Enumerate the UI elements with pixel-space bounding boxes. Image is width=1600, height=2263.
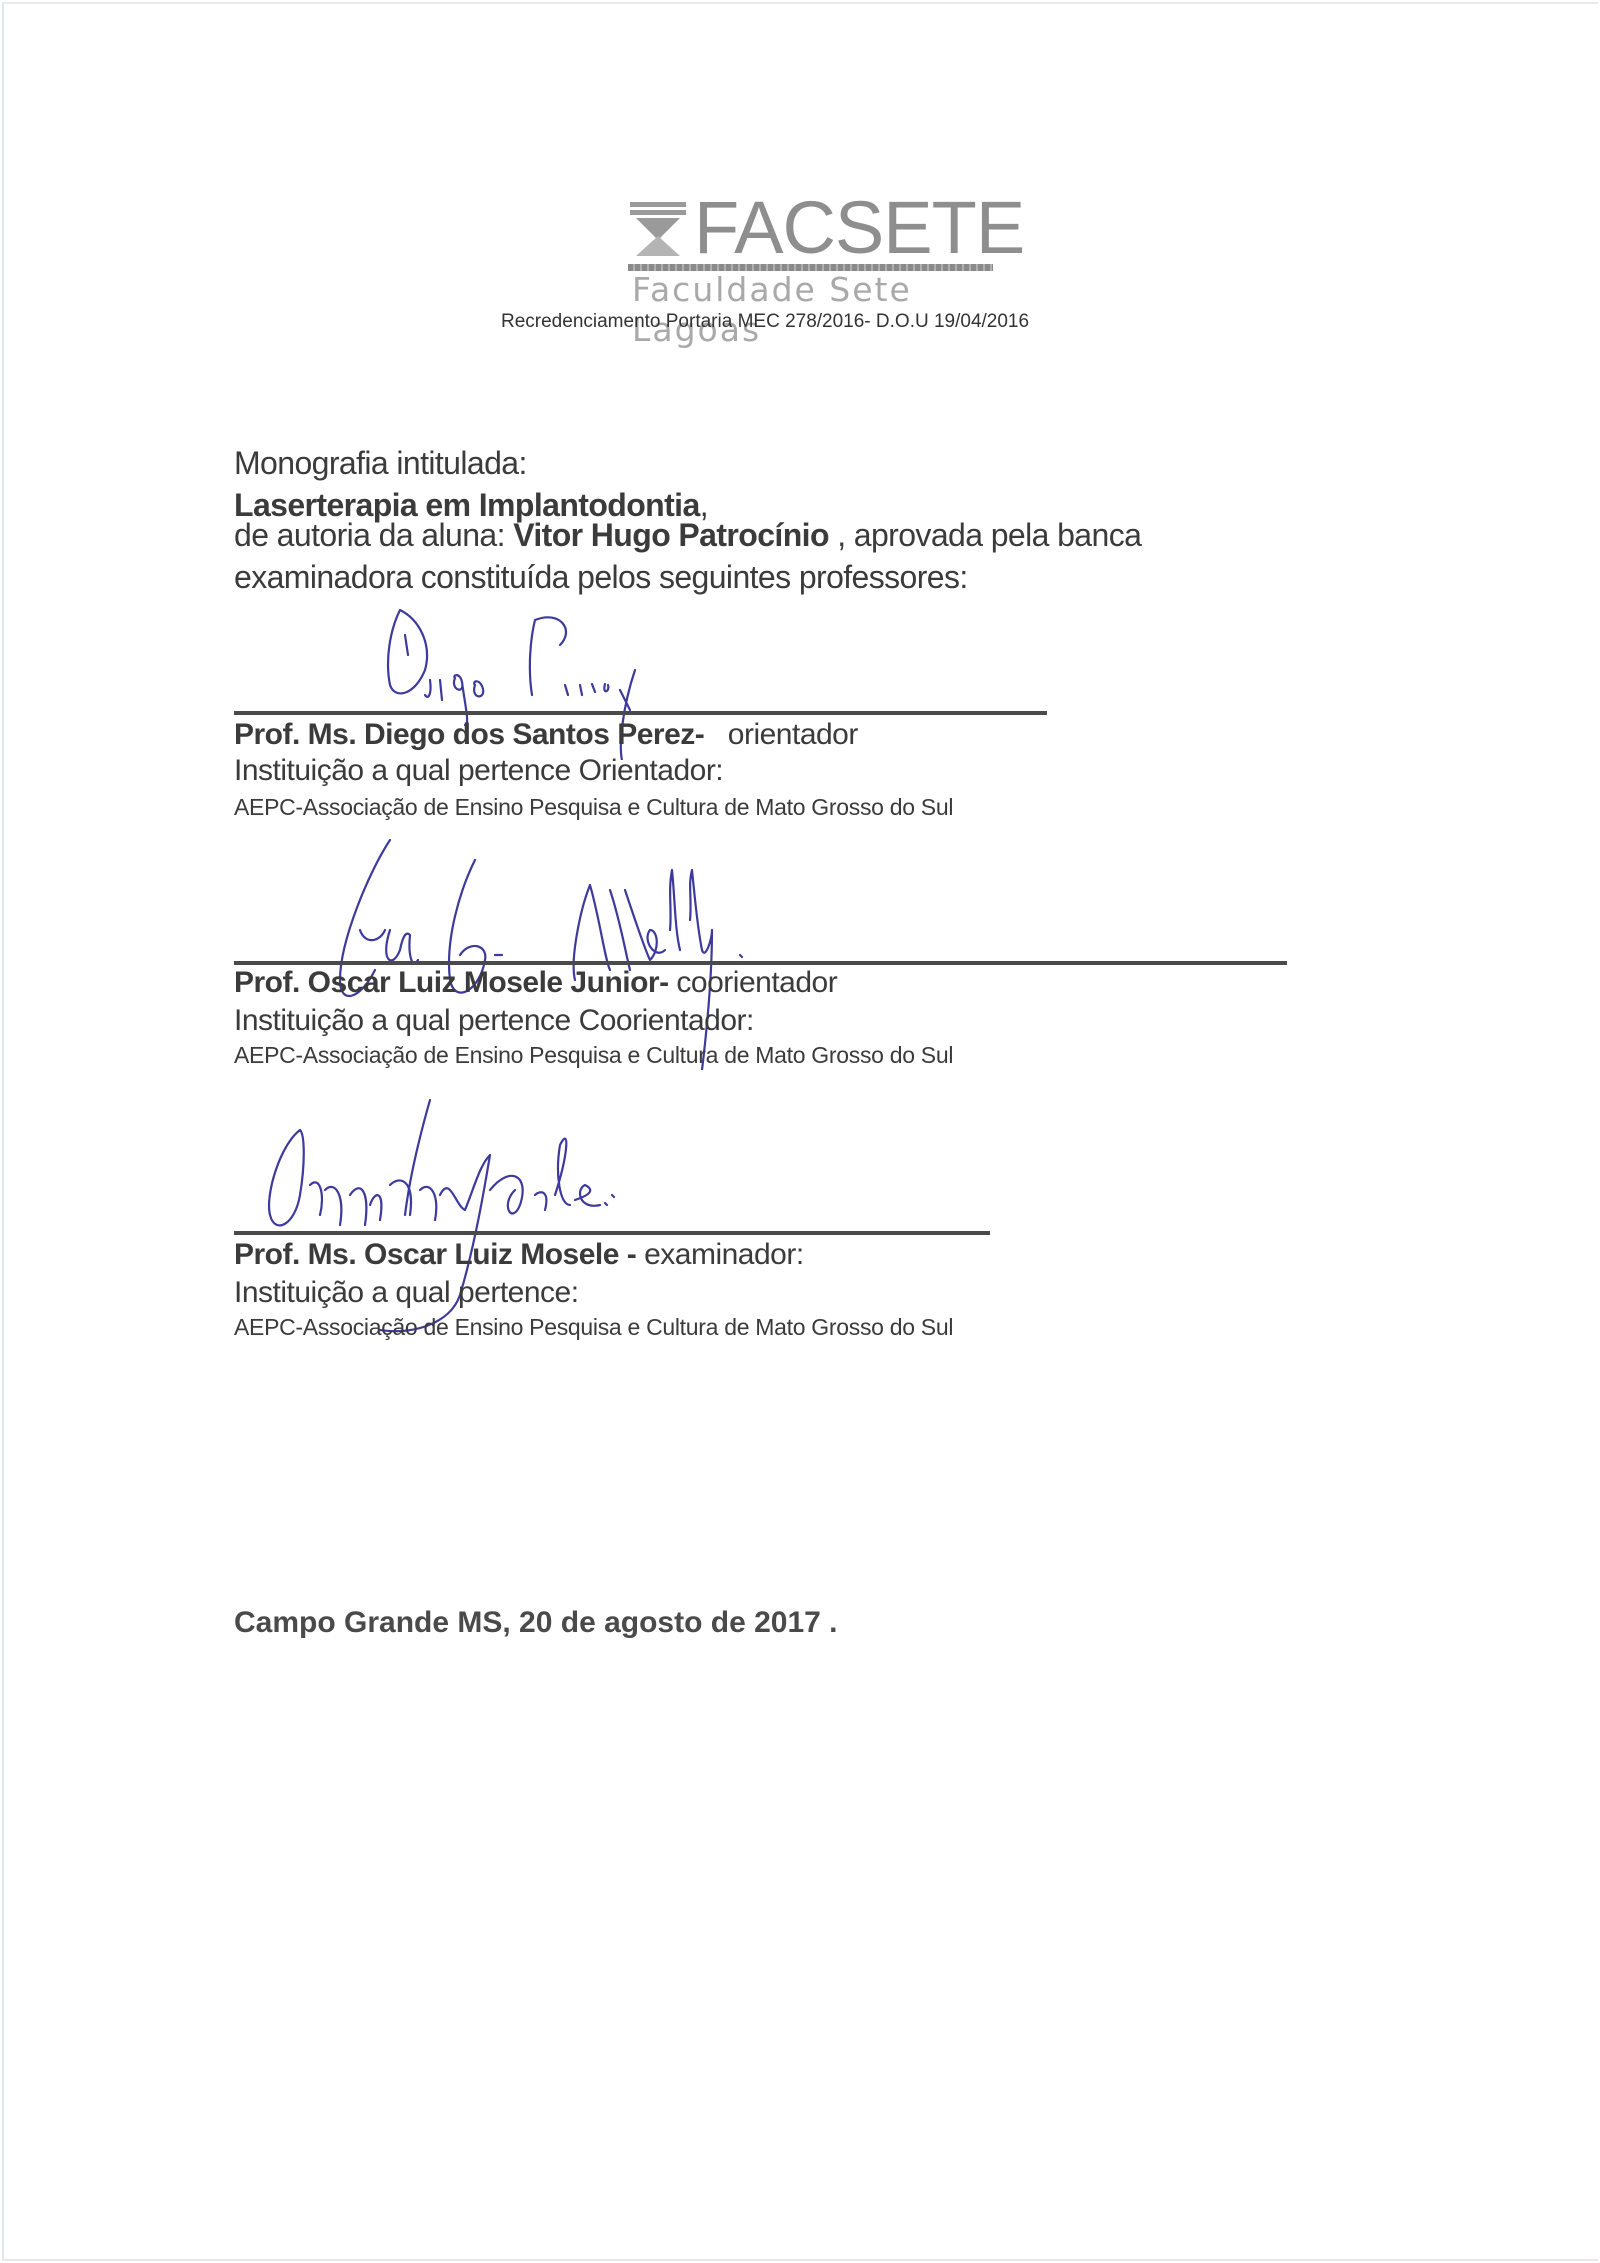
examiner-1-institution: AEPC-Associação de Ensino Pesquisa e Cul… bbox=[234, 794, 953, 821]
examiner-1-institution-label: Instituição a qual pertence Orientador: bbox=[234, 754, 723, 788]
facsete-logo: FACSETE Faculdade Sete Lagoas bbox=[628, 196, 1000, 296]
signature-line-1 bbox=[234, 711, 1047, 715]
examiner-3-institution-label: Instituição a qual pertence: bbox=[234, 1276, 579, 1310]
examiner-2-institution: AEPC-Associação de Ensino Pesquisa e Cul… bbox=[234, 1042, 953, 1069]
examiner-3-institution: AEPC-Associação de Ensino Pesquisa e Cul… bbox=[234, 1314, 953, 1341]
author-name: Vitor Hugo Patrocínio bbox=[513, 517, 829, 553]
examiner-2-title: Prof. Oscar Luiz Mosele Junior- coorient… bbox=[234, 966, 837, 1000]
examiner-3-title: Prof. Ms. Oscar Luiz Mosele - examinador… bbox=[234, 1238, 804, 1272]
accreditation-text: Recredenciamento Portaria MEC 278/2016- … bbox=[501, 311, 1029, 333]
logo-subtitle: Faculdade Sete Lagoas bbox=[632, 270, 1000, 350]
place-and-date: Campo Grande MS, 20 de agosto de 2017 . bbox=[234, 1606, 838, 1640]
intro-line-3: de autoria da aluna: Vitor Hugo Patrocín… bbox=[234, 514, 1141, 556]
examiner-1-title: Prof. Ms. Diego dos Santos Perez- orient… bbox=[234, 718, 858, 752]
intro-line-1: Monografia intitulada: bbox=[234, 442, 527, 484]
examiner-2-institution-label: Instituição a qual pertence Coorientador… bbox=[234, 1004, 754, 1038]
facsete-emblem-icon bbox=[628, 200, 688, 260]
logo-wordmark: FACSETE bbox=[694, 188, 1024, 268]
intro-line-4: examinadora constituída pelos seguintes … bbox=[234, 556, 968, 598]
signature-line-3 bbox=[234, 1231, 990, 1235]
signature-line-2 bbox=[234, 961, 1287, 965]
